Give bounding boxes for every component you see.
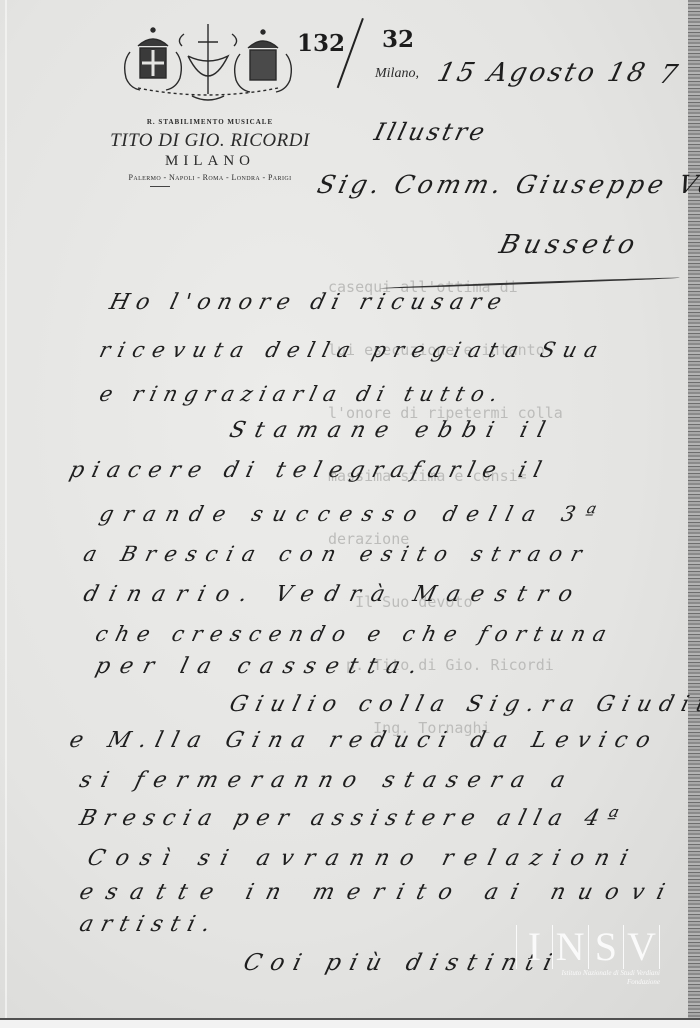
dateline-year-suffix: 7 <box>656 60 683 90</box>
letter-line: Ho l'onore di ricusare <box>107 290 511 315</box>
letter-line: dinario. Vedrà Maestro <box>81 582 586 607</box>
letterhead-branches: Palermo - Napoli - Roma - Londra - Parig… <box>70 173 350 182</box>
letter-line: che crescendo e che fortuna <box>93 622 617 646</box>
logo-letter: V <box>624 925 659 969</box>
insv-watermark-logo: I N S V Istituto Nazionale di Studi Verd… <box>516 925 660 987</box>
royal-crest-icon <box>108 22 308 106</box>
letter-line: piacere di telegrafarle il <box>67 458 552 483</box>
addressee: Sig. Comm. Giuseppe Verdi <box>314 170 700 199</box>
letter-line: artisti. <box>77 912 221 937</box>
letter-line: ricevuta della pregiata Sua <box>97 338 608 362</box>
letterhead-subtitle: R. STABILIMENTO MUSICALE <box>110 118 310 126</box>
letter-line: a Brescia con esito straor <box>81 542 593 566</box>
dateline-date: 15 Agosto 18 <box>434 58 651 88</box>
logo-letter: I <box>517 925 553 969</box>
archive-number-primary: 132 <box>297 30 345 57</box>
salutation: Illustre <box>372 118 491 146</box>
logo-letter: N <box>553 925 589 969</box>
letter-line: Stamane ebbi il <box>227 418 558 443</box>
page-right-edge-shadow <box>688 0 700 1020</box>
addressee-location: Busseto <box>496 230 643 260</box>
letter-line: Brescia per assistere alla 4ª <box>77 806 628 831</box>
letter-line: si fermeranno stasera a <box>77 768 578 793</box>
archive-number-secondary: 32 <box>382 26 414 53</box>
letter-line: Così si avranno relazioni <box>85 846 641 871</box>
letter-line: e M.lla Gina reduci da Levico <box>67 728 662 753</box>
page-bottom-edge <box>0 1018 700 1028</box>
insv-caption: Istituto Nazionale di Studi Verdiani <box>516 969 660 978</box>
letter-line: Giulio colla Sig.ra Giuditta <box>227 692 700 717</box>
letter-line: esatte in merito ai nuovi <box>77 880 680 905</box>
dateline-place: Milano, <box>375 66 419 82</box>
insv-caption-foundation: Fondazione <box>516 978 660 987</box>
letterhead-company-name: TITO DI GIO. RICORDI <box>70 130 350 152</box>
logo-letter: S <box>589 925 625 969</box>
letter-line: per la cassetta. <box>93 654 430 679</box>
insv-logo-letters: I N S V <box>516 925 660 969</box>
letter-line: e ringraziarla di tutto. <box>97 382 507 406</box>
letter-line: grande successo della 3ª <box>97 502 608 526</box>
letter-page: R. STABILIMENTO MUSICALE TITO DI GIO. RI… <box>0 0 700 1020</box>
letterhead-city: MILANO <box>100 153 320 170</box>
letterhead-rule <box>150 186 170 187</box>
page-left-edge <box>5 0 7 1020</box>
